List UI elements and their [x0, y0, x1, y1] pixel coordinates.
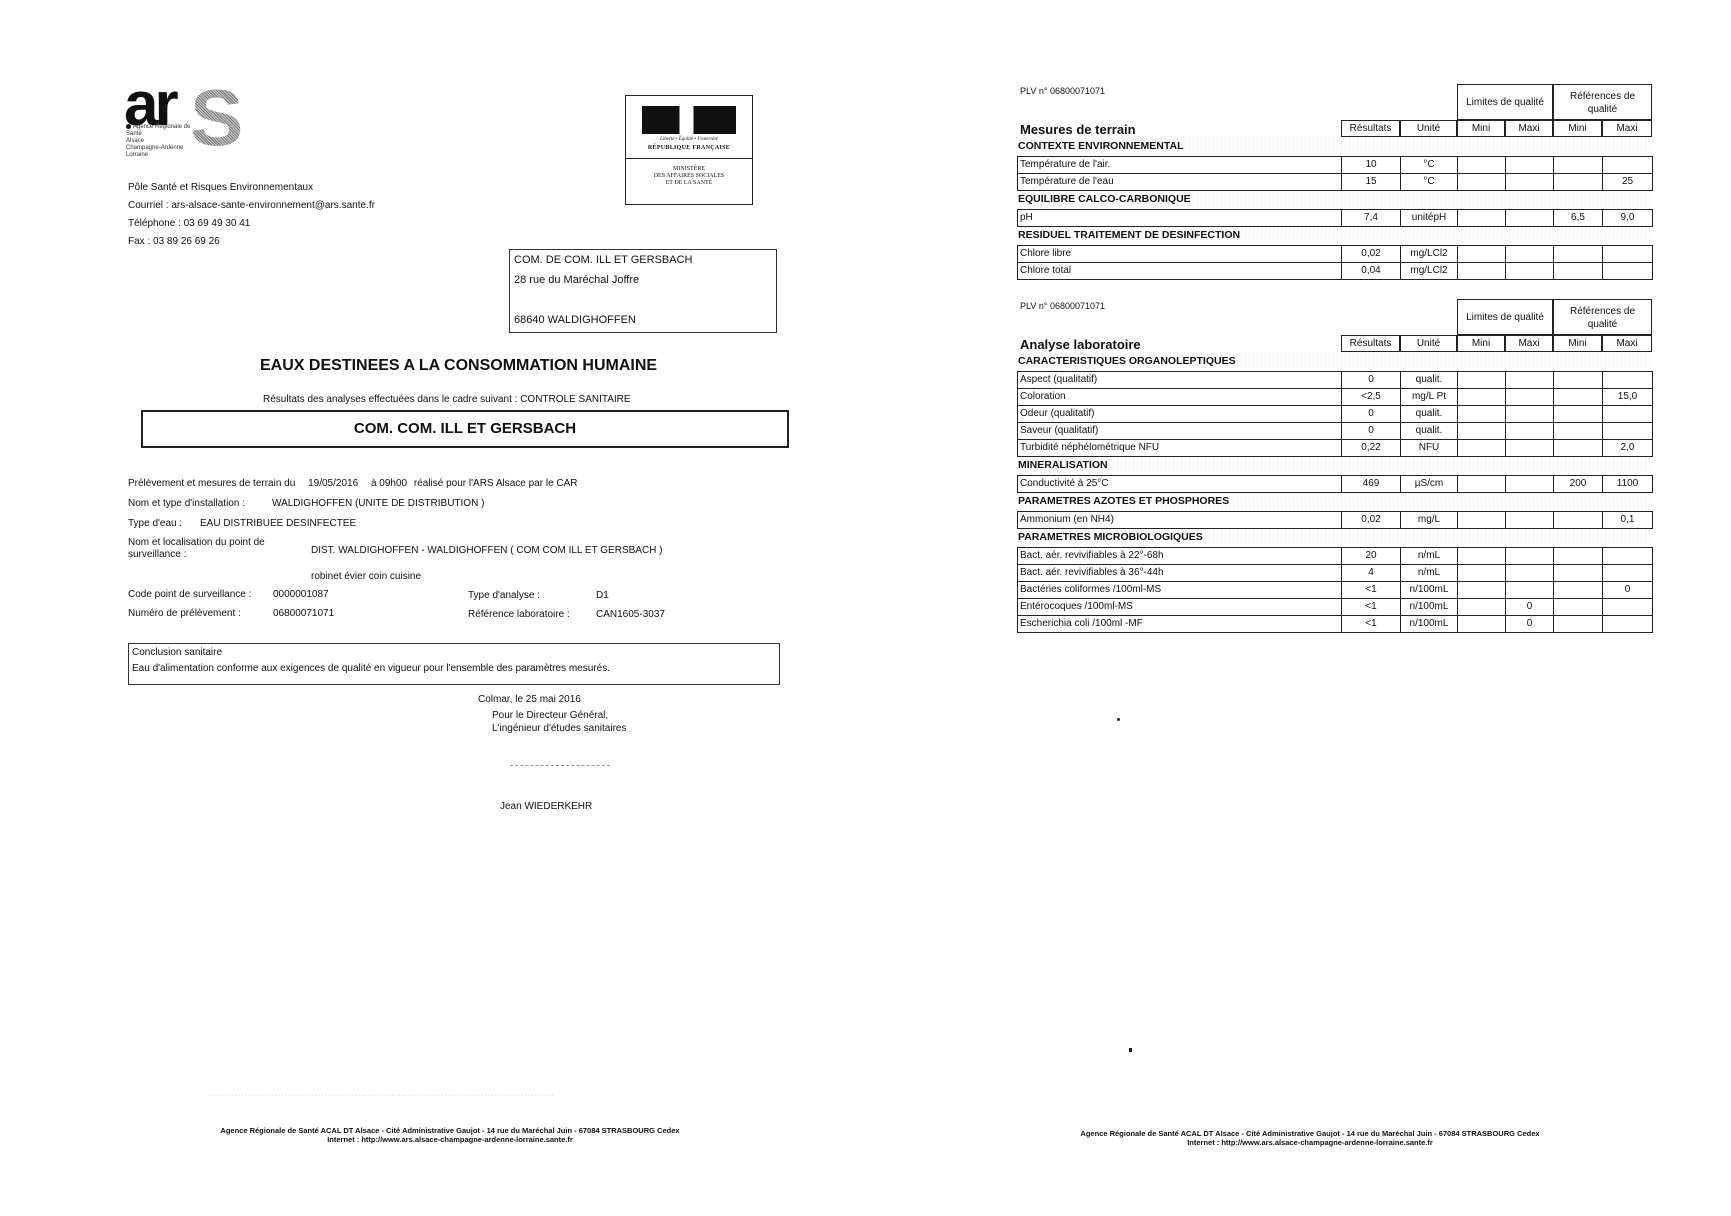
section-header: CONTEXTE ENVIRONNEMENTAL	[1018, 138, 1652, 154]
cell-lim-min	[1457, 173, 1506, 191]
logo-subtitle: Agence Régionale de Santé Alsace Champag…	[126, 124, 206, 159]
cell-lim-min	[1457, 511, 1506, 529]
fax-line: Fax : 03 89 26 69 26	[128, 236, 220, 247]
parameter-name: Saveur (qualitatif)	[1017, 422, 1342, 440]
section-title: PARAMETRES AZOTES ET PHOSPHORES	[1018, 495, 1229, 507]
cell-lim-max	[1505, 173, 1554, 191]
cell-lim-min	[1457, 422, 1506, 440]
cell-ref-max	[1602, 598, 1653, 616]
cell-ref-max: 0,1	[1602, 511, 1653, 529]
limit-max-header: Maxi	[1505, 120, 1553, 137]
table-row: Bact. aér. revivifiables à 36°-44h4n/mL	[1017, 564, 1652, 581]
cell-lim-max	[1505, 439, 1554, 457]
cell-lim-min	[1457, 371, 1506, 389]
cell-ref-max: 0	[1602, 581, 1653, 599]
cell-ref-max	[1602, 615, 1653, 633]
cell-unit: qualit.	[1400, 422, 1458, 440]
recipient-address-box: COM. DE COM. ILL ET GERSBACH 28 rue du M…	[509, 249, 777, 333]
code-value: 0000001087	[273, 589, 329, 600]
cell-ref-min	[1553, 156, 1603, 174]
cell-ref-max	[1602, 245, 1653, 263]
cell-result: <1	[1341, 615, 1401, 633]
cell-unit: n/mL	[1400, 564, 1458, 582]
cell-ref-min	[1553, 173, 1603, 191]
logo-subtitle-line: Lorraine	[126, 152, 206, 159]
cell-ref-min	[1553, 564, 1603, 582]
cell-ref-min	[1553, 405, 1603, 423]
table-row: Température de l'air.10°C	[1017, 156, 1652, 173]
table-row: Conductivité à 25°C469µS/cm2001100	[1017, 475, 1652, 492]
ministry-line: MINISTÈRE	[626, 166, 752, 173]
cell-unit: °C	[1400, 156, 1458, 174]
cell-result: 0,04	[1341, 262, 1401, 280]
cell-result: 0,02	[1341, 245, 1401, 263]
parameter-name: Entérocoques /100ml-MS	[1017, 598, 1342, 616]
cell-lim-min	[1457, 615, 1506, 633]
cell-result: 469	[1341, 475, 1401, 493]
cell-unit: n/100mL	[1400, 581, 1458, 599]
cell-lim-max	[1505, 405, 1554, 423]
water-type-value: EAU DISTRIBUEE DESINFECTEE	[200, 518, 356, 529]
location-label: Nom et localisation du point de surveill…	[128, 537, 265, 561]
cell-lim-max	[1505, 564, 1554, 582]
footer-address: Agence Régionale de Santé ACAL DT Alsace…	[1040, 1129, 1580, 1138]
installation-value: WALDIGHOFFEN (UNITE DE DISTRIBUTION )	[272, 498, 484, 509]
cell-lim-max	[1505, 581, 1554, 599]
sample-number-label: Numéro de prélèvement :	[128, 608, 241, 619]
table-row: Saveur (qualitatif)0qualit.	[1017, 422, 1652, 439]
cell-unit: qualit.	[1400, 371, 1458, 389]
unit-header: Unité	[1400, 335, 1457, 352]
limit-min-header: Mini	[1457, 120, 1505, 137]
cell-unit: mg/LCl2	[1400, 245, 1458, 263]
document-title: EAUX DESTINEES A LA CONSOMMATION HUMAINE	[260, 357, 657, 375]
cell-lim-min	[1457, 245, 1506, 263]
section-header: RESIDUEL TRAITEMENT DE DESINFECTION	[1018, 227, 1652, 243]
parameter-name: Odeur (qualitatif)	[1017, 405, 1342, 423]
unit-header: Unité	[1400, 120, 1457, 137]
sampling-time: à 09h00	[371, 478, 407, 489]
parameter-name: Coloration	[1017, 388, 1342, 406]
conclusion-text: Eau d'alimentation conforme aux exigence…	[132, 663, 610, 674]
phone-line: Téléphone : 03 69 49 30 41	[128, 218, 250, 229]
table-row: Bactéries coliformes /100ml-MS<1n/100mL0	[1017, 581, 1652, 598]
cell-result: <2,5	[1341, 388, 1401, 406]
republic-name: RÉPUBLIQUE FRANÇAISE	[626, 145, 752, 151]
cell-unit: n/100mL	[1400, 598, 1458, 616]
table-row: Température de l'eau15°C25	[1017, 173, 1652, 190]
cell-lim-min	[1457, 598, 1506, 616]
left-footer: Agence Régionale de Santé ACAL DT Alsace…	[170, 1126, 730, 1144]
recipient-city: 68640 WALDIGHOFFEN	[514, 314, 636, 326]
recipient-name: COM. DE COM. ILL ET GERSBACH	[514, 254, 692, 266]
cell-ref-max	[1602, 371, 1653, 389]
recipient-street: 28 rue du Maréchal Joffre	[514, 274, 639, 286]
parameter-name: pH	[1017, 209, 1342, 227]
installation-label: Nom et type d'installation :	[128, 498, 245, 509]
cell-unit: °C	[1400, 173, 1458, 191]
limit-max-header: Maxi	[1505, 335, 1553, 352]
parameter-name: Conductivité à 25°C	[1017, 475, 1342, 493]
cell-ref-min	[1553, 439, 1603, 457]
water-type-label: Type d'eau :	[128, 518, 182, 529]
table-row: Chlore total0,04mg/LCl2	[1017, 262, 1652, 279]
footer-address: Agence Régionale de Santé ACAL DT Alsace…	[170, 1126, 730, 1135]
cell-unit: mg/LCl2	[1400, 262, 1458, 280]
cell-result: 15	[1341, 173, 1401, 191]
conclusion-box: Conclusion sanitaire Eau d'alimentation …	[128, 643, 780, 685]
cell-ref-min	[1553, 581, 1603, 599]
section-title: RESIDUEL TRAITEMENT DE DESINFECTION	[1018, 229, 1240, 241]
location-detail: robinet évier coin cuisine	[311, 571, 421, 582]
right-footer: Agence Régionale de Santé ACAL DT Alsace…	[1040, 1129, 1580, 1147]
parameter-name: Bact. aér. revivifiables à 36°-44h	[1017, 564, 1342, 582]
parameter-name: Ammonium (en NH4)	[1017, 511, 1342, 529]
section-title: MINERALISATION	[1018, 459, 1108, 471]
section-header: CARACTERISTIQUES ORGANOLEPTIQUES	[1018, 353, 1652, 369]
phone-label: Téléphone :	[128, 218, 181, 229]
analysis-type-label: Type d'analyse :	[468, 590, 540, 601]
fax-value: 03 89 26 69 26	[153, 236, 220, 247]
cell-ref-min: 6,5	[1553, 209, 1603, 227]
result-header: Résultats	[1341, 120, 1400, 137]
table-title: Analyse laboratoire	[1020, 337, 1141, 352]
email-link[interactable]: ars-alsace-sante-environnement@ars.sante…	[171, 200, 375, 211]
quality-limits-header: Limites de qualité	[1457, 84, 1553, 120]
footer-website: Internet : http://www.ars.alsace-champag…	[1040, 1138, 1580, 1147]
logo-divider	[626, 158, 752, 159]
table-row: Entérocoques /100ml-MS<1n/100mL0	[1017, 598, 1652, 615]
cell-result: 20	[1341, 547, 1401, 565]
cell-ref-max	[1602, 547, 1653, 565]
cell-ref-min	[1553, 422, 1603, 440]
parameter-name: Turbidité néphélométrique NFU	[1017, 439, 1342, 457]
cell-ref-min	[1553, 511, 1603, 529]
cell-lim-max	[1505, 547, 1554, 565]
logo-dot-icon	[126, 124, 131, 129]
cell-lim-max	[1505, 511, 1554, 529]
cell-lim-max	[1505, 388, 1554, 406]
table-row: Turbidité néphélométrique NFU0,22NFU2,0	[1017, 439, 1652, 456]
sampling-label: Prélèvement et mesures de terrain du	[128, 478, 295, 489]
cell-ref-max	[1602, 422, 1653, 440]
cell-ref-min	[1553, 388, 1603, 406]
section-title: EQUILIBRE CALCO-CARBONIQUE	[1018, 193, 1191, 205]
quality-limits-header: Limites de qualité	[1457, 299, 1553, 335]
ref-min-header: Mini	[1553, 335, 1602, 352]
cell-result: 7,4	[1341, 209, 1401, 227]
section-header: MINERALISATION	[1018, 457, 1652, 473]
email-label: Courriel :	[128, 200, 169, 211]
parameter-name: Température de l'air.	[1017, 156, 1342, 174]
table-row: pH7,4unitépH6,59,0	[1017, 209, 1652, 226]
table-row: Coloration<2,5mg/L Pt15,0	[1017, 388, 1652, 405]
location-label-line: Nom et localisation du point de	[128, 537, 265, 549]
location-label-line: surveillance :	[128, 549, 265, 561]
cell-unit: qualit.	[1400, 405, 1458, 423]
cell-lim-min	[1457, 475, 1506, 493]
table-row: Escherichia coli /100ml -MF<1n/100mL0	[1017, 615, 1652, 632]
table-row: Ammonium (en NH4)0,02mg/L0,1	[1017, 511, 1652, 528]
ref-max-header: Maxi	[1602, 335, 1652, 352]
scan-speck	[1117, 718, 1120, 721]
cell-lim-max	[1505, 371, 1554, 389]
signature-scribble-icon	[510, 765, 610, 768]
scan-speck	[1129, 1048, 1132, 1052]
logo-subtitle-line: Alsace	[126, 138, 206, 145]
cell-lim-max	[1505, 475, 1554, 493]
quality-references-header: Références de qualité	[1553, 84, 1652, 120]
analysis-type-value: D1	[596, 590, 609, 601]
cell-lim-min	[1457, 156, 1506, 174]
lab-ref-value: CAN1605-3037	[596, 609, 665, 620]
conclusion-title: Conclusion sanitaire	[132, 647, 222, 658]
cell-lim-max: 0	[1505, 615, 1554, 633]
location-value: DIST. WALDIGHOFFEN - WALDIGHOFFEN ( COM …	[311, 545, 663, 556]
cell-lim-min	[1457, 262, 1506, 280]
cell-result: 4	[1341, 564, 1401, 582]
section-title: CARACTERISTIQUES ORGANOLEPTIQUES	[1018, 355, 1236, 367]
result-header: Résultats	[1341, 335, 1400, 352]
cell-lim-max: 0	[1505, 598, 1554, 616]
section-title: CONTEXTE ENVIRONNEMENTAL	[1018, 140, 1183, 152]
parameter-name: Chlore libre	[1017, 245, 1342, 263]
ministry-line: DES AFFAIRES SOCIALES	[626, 173, 752, 180]
cell-lim-min	[1457, 209, 1506, 227]
cell-lim-min	[1457, 439, 1506, 457]
table-title: Mesures de terrain	[1020, 122, 1136, 137]
cell-lim-min	[1457, 564, 1506, 582]
cell-result: 10	[1341, 156, 1401, 174]
organization-box: COM. COM. ILL ET GERSBACH	[141, 410, 789, 448]
code-label: Code point de surveillance :	[128, 589, 251, 600]
cell-unit: n/100mL	[1400, 615, 1458, 633]
cell-ref-min	[1553, 615, 1603, 633]
cell-ref-min	[1553, 547, 1603, 565]
cell-ref-max	[1602, 405, 1653, 423]
cell-ref-min	[1553, 262, 1603, 280]
logo-subtitle-line: Agence Régionale de Santé	[126, 124, 190, 137]
lab-ref-label: Référence laboratoire :	[468, 609, 570, 620]
parameter-name: Escherichia coli /100ml -MF	[1017, 615, 1342, 633]
parameter-name: Chlore total	[1017, 262, 1342, 280]
signatory-title-1: Pour le Directeur Général,	[492, 710, 608, 721]
cell-ref-max: 15,0	[1602, 388, 1653, 406]
cell-ref-min: 200	[1553, 475, 1603, 493]
cell-ref-max: 25	[1602, 173, 1653, 191]
section-header: EQUILIBRE CALCO-CARBONIQUE	[1018, 191, 1652, 207]
faint-scan-text: ········································…	[208, 1092, 554, 1099]
republic-motto: Liberté • Égalité • Fraternité	[626, 137, 752, 142]
cell-lim-min	[1457, 547, 1506, 565]
signatory-title-2: L'ingénieur d'études sanitaires	[492, 723, 626, 734]
cell-ref-max	[1602, 156, 1653, 174]
cell-ref-min	[1553, 598, 1603, 616]
cell-result: 0,02	[1341, 511, 1401, 529]
cell-ref-max: 2,0	[1602, 439, 1653, 457]
parameter-name: Aspect (qualitatif)	[1017, 371, 1342, 389]
cell-result: 0	[1341, 371, 1401, 389]
table-row: Bact. aér. revivifiables à 22°-68h20n/mL	[1017, 547, 1652, 564]
cell-unit: unitépH	[1400, 209, 1458, 227]
cell-lim-max	[1505, 422, 1554, 440]
cell-unit: n/mL	[1400, 547, 1458, 565]
sampling-line: Prélèvement et mesures de terrain du 19/…	[128, 478, 578, 489]
plv-number: PLV n° 06800071071	[1020, 86, 1105, 96]
phone-value: 03 69 49 30 41	[184, 218, 251, 229]
cell-result: 0	[1341, 422, 1401, 440]
place-date: Colmar, le 25 mai 2016	[478, 694, 581, 705]
parameter-name: Température de l'eau	[1017, 173, 1342, 191]
cell-unit: mg/L	[1400, 511, 1458, 529]
cell-unit: NFU	[1400, 439, 1458, 457]
table-row: Chlore libre0,02mg/LCl2	[1017, 245, 1652, 262]
fax-label: Fax :	[128, 236, 150, 247]
parameter-name: Bact. aér. revivifiables à 22°-68h	[1017, 547, 1342, 565]
ministry-line: ET DE LA SANTÉ	[626, 180, 752, 187]
cell-result: <1	[1341, 598, 1401, 616]
cell-result: <1	[1341, 581, 1401, 599]
department: Pôle Santé et Risques Environnementaux	[128, 182, 313, 193]
cell-result: 0	[1341, 405, 1401, 423]
email-line: Courriel : ars-alsace-sante-environnemen…	[128, 200, 375, 211]
table-row: Odeur (qualitatif)0qualit.	[1017, 405, 1652, 422]
cell-ref-max: 1100	[1602, 475, 1653, 493]
logo-subtitle-line: Champagne-Ardenne	[126, 145, 206, 152]
sample-number-value: 06800071071	[273, 608, 334, 619]
republique-francaise-logo: Liberté • Égalité • Fraternité RÉPUBLIQU…	[625, 95, 753, 205]
section-title: PARAMETRES MICROBIOLOGIQUES	[1018, 531, 1203, 543]
cell-lim-min	[1457, 388, 1506, 406]
ref-min-header: Mini	[1553, 120, 1602, 137]
ministry-name: MINISTÈRE DES AFFAIRES SOCIALES ET DE LA…	[626, 166, 752, 187]
cell-ref-max: 9,0	[1602, 209, 1653, 227]
parameter-name: Bactéries coliformes /100ml-MS	[1017, 581, 1342, 599]
cell-lim-max	[1505, 245, 1554, 263]
section-header: PARAMETRES MICROBIOLOGIQUES	[1018, 529, 1652, 545]
cell-ref-min	[1553, 245, 1603, 263]
marianne-icon	[642, 106, 736, 134]
cell-unit: mg/L Pt	[1400, 388, 1458, 406]
footer-website: Internet : http://www.ars.alsace-champag…	[170, 1135, 730, 1144]
cell-ref-max	[1602, 564, 1653, 582]
cell-lim-max	[1505, 156, 1554, 174]
cell-unit: µS/cm	[1400, 475, 1458, 493]
cell-ref-max	[1602, 262, 1653, 280]
sampling-date: 19/05/2016	[308, 478, 358, 489]
cell-lim-min	[1457, 405, 1506, 423]
signatory-name: Jean WIEDERKEHR	[500, 801, 592, 812]
plv-number: PLV n° 06800071071	[1020, 301, 1105, 311]
cell-lim-max	[1505, 262, 1554, 280]
cell-lim-min	[1457, 581, 1506, 599]
ref-max-header: Maxi	[1602, 120, 1652, 137]
cell-lim-max	[1505, 209, 1554, 227]
quality-references-header: Références de qualité	[1553, 299, 1652, 335]
limit-min-header: Mini	[1457, 335, 1505, 352]
section-header: PARAMETRES AZOTES ET PHOSPHORES	[1018, 493, 1652, 509]
cell-ref-min	[1553, 371, 1603, 389]
table-row: Aspect (qualitatif)0qualit.	[1017, 371, 1652, 388]
cell-result: 0,22	[1341, 439, 1401, 457]
sampling-by: réalisé pour l'ARS Alsace par le CAR	[414, 478, 578, 489]
document-subtitle: Résultats des analyses effectuées dans l…	[263, 394, 631, 405]
